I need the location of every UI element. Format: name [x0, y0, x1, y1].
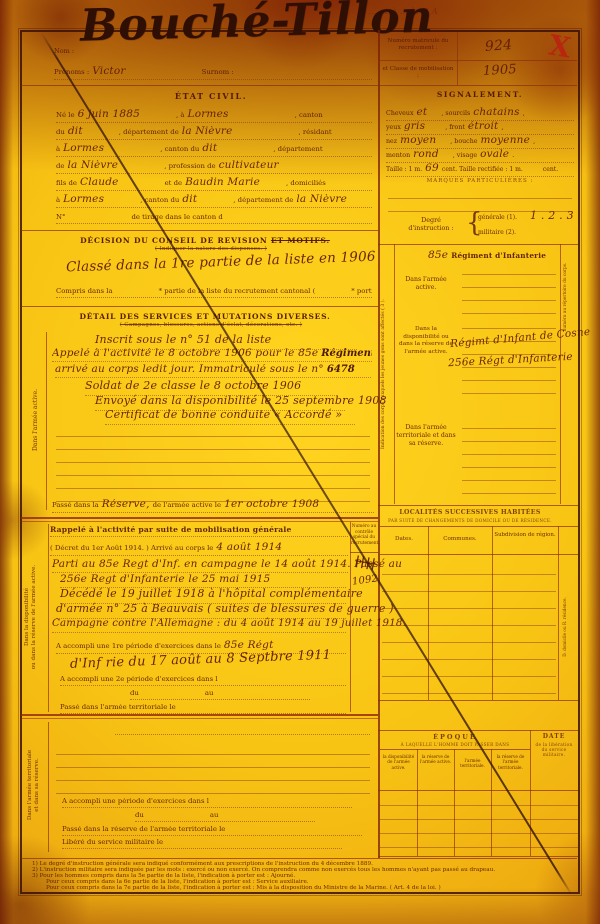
localites-col-dates: Dates.	[382, 536, 426, 543]
epoque-col-2: la réserve de l'armée active.	[418, 754, 453, 765]
nom-label: Nom :	[54, 47, 84, 55]
marques-title: MARQUES PARTICULIÈRES :	[386, 178, 574, 184]
degre-generale-value: 1 . 2 . 3	[530, 210, 574, 223]
degre-militaire-label: militaire (2).	[478, 229, 528, 237]
regiment-header: 85eRégiment d'Infanterie	[428, 250, 560, 263]
epoque-title-rule	[380, 749, 530, 750]
corps-dispo-label: Dans la disponibilité ou dans la réserve…	[396, 326, 456, 356]
military-record-sheet: … et à … le R A Bouché-Tillon X Nom : Pr…	[0, 0, 600, 924]
matricule-value: 924	[484, 37, 512, 55]
margin-brace-line	[48, 722, 49, 852]
localites-subtitle: PAR SUITE DE CHANGEMENTS DE DOMICILE OU …	[380, 518, 560, 523]
passe-reserve-line: Passé dans laRéserve,de l'armée active l…	[52, 499, 374, 513]
epoque-top-rule	[378, 730, 578, 731]
signalement-line: nezmoyen, bouchemoyenne,	[386, 135, 574, 149]
margin-label-disponibilite: Dans la disponibilité ou dans la réserve…	[24, 524, 38, 710]
classe-label: et Classe de mobilisation :	[382, 66, 454, 81]
section-thick-rule	[21, 517, 378, 522]
section-rule	[21, 230, 378, 231]
corps-active-label: Dans l'armée active.	[396, 276, 456, 292]
territoriale-periode-line: A accompli une période d'exercices dans …	[62, 798, 352, 808]
localites-col-subdivision: Subdivision de région.	[494, 532, 556, 539]
services-subnote: ( Campagnes, blessures, actions d'éclat,…	[48, 322, 374, 328]
passe-reserve-territoriale-line: Passé dans la réserve de l'armée territo…	[62, 826, 362, 836]
margin-brace-line	[48, 524, 49, 712]
header-bottom-rule	[21, 85, 577, 86]
service-entry: Certificat de bonne conduite « Accordé »	[105, 409, 355, 425]
etat-civil-line: Né le6 juin 1885, àLormes, canton	[56, 109, 372, 123]
etat-civil-line: àLormes, canton dudit, département dela …	[56, 194, 372, 208]
margin-label-armee-active: Dans l'armée active.	[32, 335, 40, 505]
signalement-line: Cheveuxet, sourcilschatains,	[386, 107, 574, 121]
decret-line: ( Décret du 1er Août 1914. ) Arrivé au c…	[50, 542, 348, 556]
localites-col-divider	[558, 526, 559, 700]
localites-header-rule	[380, 554, 578, 555]
localites-bottom-rule	[378, 700, 578, 701]
section-rule	[21, 306, 378, 307]
service-entry: Appelé à l'activité le 8 octobre 1906 po…	[52, 348, 372, 362]
epoque-date-subtitle: de la libération du service militaire.	[532, 742, 576, 757]
corps-territoriale-label: Dans l'armée territoriale et dans sa rés…	[396, 424, 456, 448]
ruled-lines	[462, 416, 556, 496]
footnote: Pour ceux compris dans la 7e partie de l…	[46, 885, 572, 892]
section-thick-rule	[21, 714, 378, 719]
decision-title-main: DÉCISION DU CONSEIL DE REVISION	[80, 236, 267, 245]
epoque-title: ÉPOQUE	[380, 733, 530, 741]
margin-label-line: Dans l'armée territoriale	[27, 718, 34, 852]
epoque-col-1: la disponibilité de l'armée active.	[381, 754, 416, 770]
localites-top-rule	[378, 505, 578, 506]
margin-label-line: ou dans la réserve de l'armée active.	[31, 524, 38, 710]
localites-note-column-label: D. domicile ou R. résidence.	[562, 558, 567, 696]
rappele-line: Rappelé à l'activité par suite de mobili…	[50, 526, 348, 537]
du-au-line: duau	[135, 812, 315, 822]
localites-title: LOCALITÉS SUCCESSIVES HABITÉES	[380, 509, 560, 516]
signalement-line: mentonrond, visageovale.	[386, 149, 574, 163]
periode2-line: A accompli une 2e période d'exercices da…	[60, 676, 346, 686]
signalement-line: yeuxgris, frontétroit,	[386, 121, 574, 135]
margin-brace-line	[46, 332, 47, 510]
mobilisation-entry: Campagne contre l'Allemagne : du 4 août …	[52, 618, 346, 633]
taille-line: Taille : 1 m.69cent. Taille rectifiée : …	[386, 163, 574, 177]
corps-inner-divider	[394, 244, 395, 504]
matricule-label: Numéro matricule du recrutement :	[382, 38, 454, 53]
localites-col-communes: Communes.	[430, 536, 490, 543]
etat-civil-title: ÉTAT CIVIL.	[48, 91, 374, 101]
classe-value: 1905	[483, 63, 518, 80]
epoque-date-title: DATE	[531, 733, 577, 740]
ruled-lines	[380, 792, 578, 854]
etat-civil-line: dela Nièvre, profession decultivateur	[56, 160, 372, 174]
etat-civil-line: fils deClaudeet deBaudin Marie, domicili…	[56, 177, 372, 191]
prenoms-line: Prénoms :VictorSurnom :	[54, 66, 372, 80]
libere-line: Libéré du service militaire le	[62, 839, 342, 849]
ruled-lines	[56, 742, 370, 798]
degre-instruction-label: Degré d'instruction :	[398, 216, 464, 233]
degre-label-line: d'instruction :	[398, 224, 464, 232]
services-title: DÉTAIL DES SERVICES ET MUTATIONS DIVERSE…	[40, 312, 370, 321]
matricule-box-divider	[457, 32, 458, 85]
localites-header-rule	[380, 526, 578, 527]
matricule-box-rule	[379, 60, 577, 61]
ruled-line	[115, 734, 370, 735]
special-number-column-divider	[350, 522, 351, 712]
epoque-subtitle: À LAQUELLE L'HOMME DOIT PASSER DANS	[380, 742, 530, 747]
margin-label-line: et dans sa réserve.	[34, 718, 41, 852]
signalement-title: SIGNALEMENT.	[382, 90, 578, 99]
mobilisation-entry: 256e Regt d'Infanterie le 25 mai 1915	[60, 573, 346, 588]
service-entry: arrivé au corps ledit jour. Immatriculé …	[55, 364, 371, 378]
degre-generale-label: générale (1).	[478, 214, 528, 222]
epoque-col-4: la réserve de l'armée territoriale.	[492, 754, 529, 770]
tirage-line: N°de tirage dans le canton d	[56, 214, 372, 224]
mobilisation-entry: d'armée n° 25 à Beauvais ( suites de ble…	[56, 603, 346, 619]
degre-label-line: Degré	[398, 216, 464, 224]
decision-title-struck: ET MOTIFS.	[271, 236, 330, 245]
decision-title: DÉCISION DU CONSEIL DE REVISION ET MOTIF…	[40, 236, 370, 245]
epoque-header-rule	[378, 790, 578, 791]
corps-margin-label: Indication des corps auxquels les jeunes…	[381, 246, 387, 502]
corps-repertoire-divider	[560, 244, 561, 504]
etat-civil-line: àLormes, canton dudit, département	[56, 143, 372, 157]
footnote-rule	[21, 858, 577, 859]
du-au-line: duau	[130, 690, 310, 700]
passe-territoriale-line: Passé dans l'armée territoriale le	[60, 704, 346, 714]
compris-line: Compris dans la* partie de la liste du r…	[56, 288, 372, 298]
special-number-column-rule	[350, 552, 378, 553]
margin-label-territoriale: Dans l'armée territoriale et dans sa rés…	[27, 718, 41, 852]
epoque-col-3: l'armée territoriale.	[455, 758, 490, 769]
corps-table-top-rule	[378, 244, 578, 245]
margin-label-line: Dans la disponibilité	[24, 524, 31, 710]
ruled-lines	[462, 262, 556, 314]
mobilisation-entry: Parti au 85e Regt d'Inf. en campagne le …	[52, 558, 348, 573]
